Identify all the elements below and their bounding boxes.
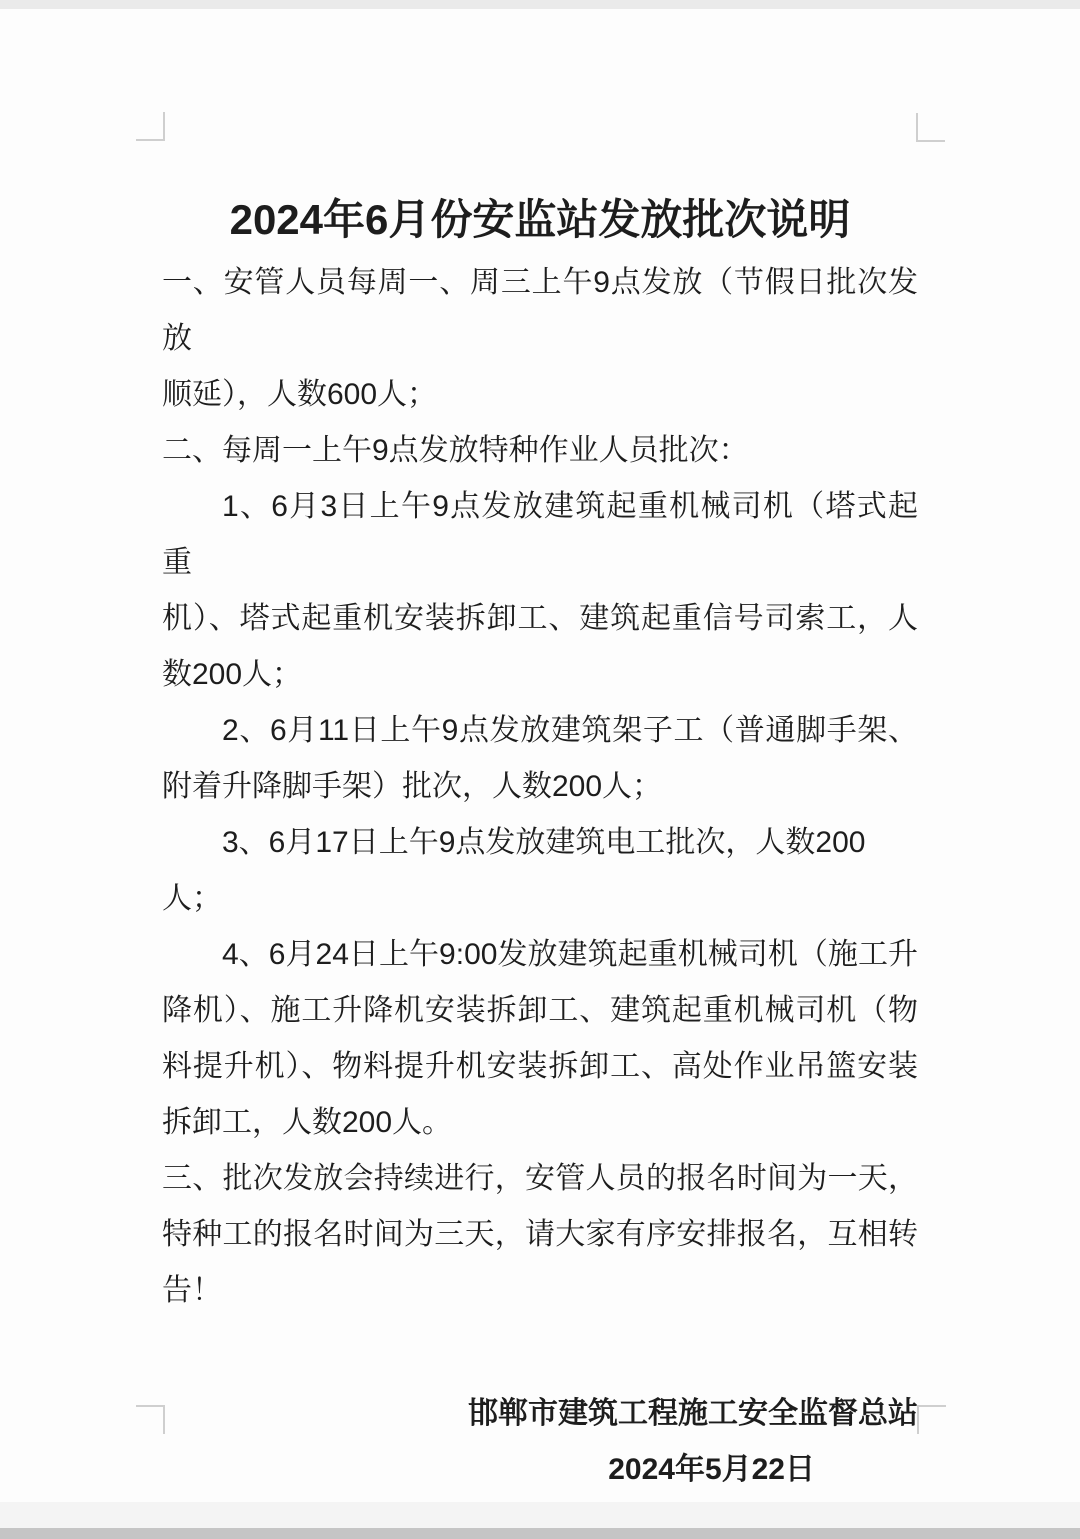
body-line: 降机）、施工升降机安装拆卸工、建筑起重机械司机（物 (162, 983, 918, 1039)
signature-organization: 邯郸市建筑工程施工安全监督总站 (162, 1386, 918, 1442)
crop-mark-bottom-right (917, 1405, 946, 1434)
body-line: 告！ (162, 1263, 918, 1319)
body-line: 数200人； (162, 647, 918, 703)
document-title: 2024年6月份安监站发放批次说明 (162, 185, 918, 255)
body-line: 二、每周一上午9点发放特种作业人员批次： (162, 423, 918, 479)
body-line: 附着升降脚手架）批次，人数200人； (162, 759, 918, 815)
crop-mark-top-left (136, 112, 165, 141)
signature-date: 2024年5月22日 (162, 1442, 918, 1498)
crop-mark-top-right (916, 113, 945, 142)
body-line: 顺延），人数600人； (162, 367, 918, 423)
body-line: 料提升机）、物料提升机安装拆卸工、高处作业吊篮安装 (162, 1039, 918, 1095)
document-page: 2024年6月份安监站发放批次说明 一、安管人员每周一、周三上午9点发放（节假日… (0, 0, 1080, 1539)
body-line: 拆卸工，人数200人。 (162, 1095, 918, 1151)
body-line: 机）、塔式起重机安装拆卸工、建筑起重信号司索工，人 (162, 591, 918, 647)
page-bottom-shade (0, 1502, 1080, 1528)
page-top-edge (0, 0, 1080, 9)
body-line: 特种工的报名时间为三天，请大家有序安排报名，互相转 (162, 1207, 918, 1263)
body-line: 4、6月24日上午9:00发放建筑起重机械司机（施工升 (162, 927, 918, 983)
page-bottom-edge (0, 1528, 1080, 1539)
body-line: 2、6月11日上午9点发放建筑架子工（普通脚手架、 (162, 703, 918, 759)
document-body: 2024年6月份安监站发放批次说明 一、安管人员每周一、周三上午9点发放（节假日… (162, 185, 918, 1498)
paragraph-list: 一、安管人员每周一、周三上午9点发放（节假日批次发放顺延），人数600人；二、每… (162, 255, 918, 1319)
body-line: 3、6月17日上午9点发放建筑电工批次，人数200人； (162, 815, 918, 927)
crop-mark-bottom-left (136, 1405, 165, 1434)
body-line: 1、6月3日上午9点发放建筑起重机械司机（塔式起重 (162, 479, 918, 591)
body-line: 三、批次发放会持续进行，安管人员的报名时间为一天， (162, 1151, 918, 1207)
body-line: 一、安管人员每周一、周三上午9点发放（节假日批次发放 (162, 255, 918, 367)
